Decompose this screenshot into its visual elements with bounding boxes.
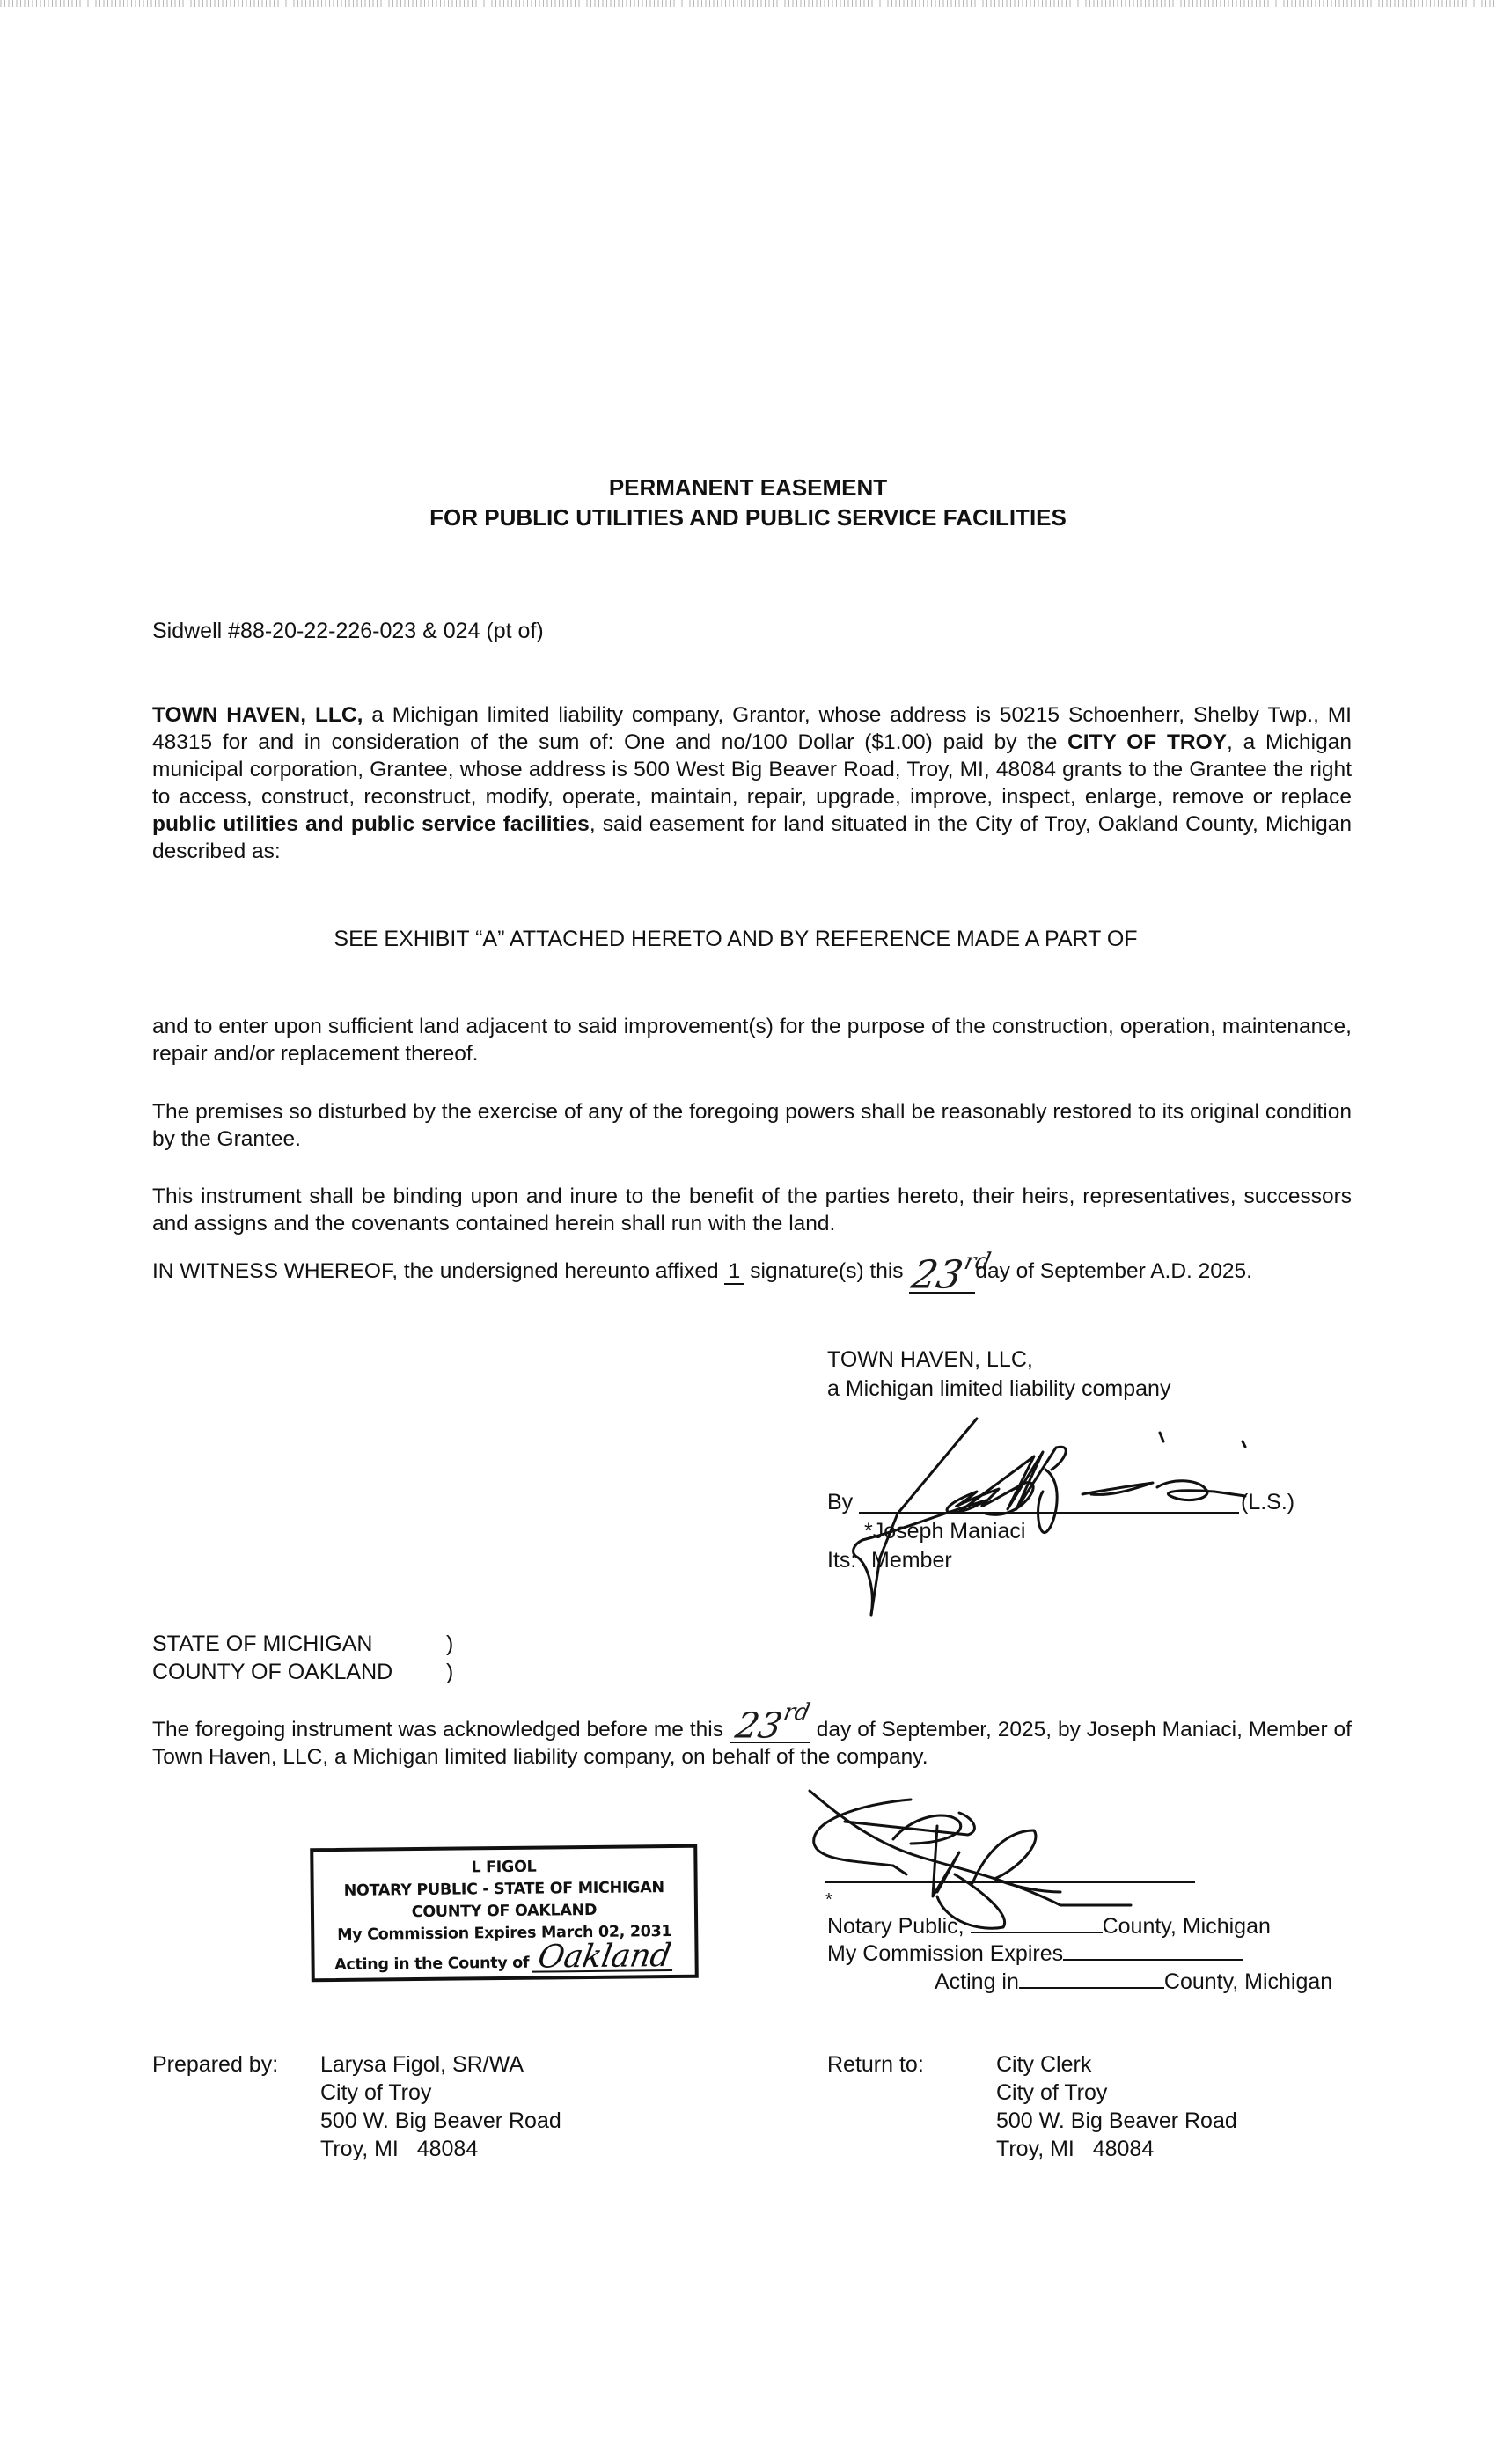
prepared-by-line: 500 W. Big Beaver Road [320,2107,561,2135]
witness-middle: signature(s) this [744,1259,909,1283]
grantor-company: TOWN HAVEN, LLC, [827,1346,1033,1374]
grantee-name: CITY OF TROY [1067,730,1227,754]
stamp-line-2: NOTARY PUBLIC - STATE OF MICHIGAN [314,1877,694,1903]
acting-county-label: County, Michigan [1164,1969,1332,1994]
ack-day-blank: 23rd [730,1719,810,1743]
prepared-by-label: Prepared by: [152,2050,278,2079]
acting-in-label: Acting in [935,1969,1019,1994]
binding-paragraph: This instrument shall be binding upon an… [152,1183,1352,1237]
venue-paren-2: ) [446,1658,453,1686]
notary-public-label: Notary Public, [827,1914,964,1939]
witness-clause: IN WITNESS WHEREOF, the undersigned here… [152,1250,1384,1294]
return-to-line: City of Troy [996,2079,1237,2107]
prepared-by-line: Troy, MI 48084 [320,2135,561,2163]
notary-stamp: L FIGOL NOTARY PUBLIC - STATE OF MICHIGA… [310,1844,699,1983]
venue-county: COUNTY OF OAKLAND [152,1658,392,1686]
witness-day-blank: 23rd [909,1265,975,1294]
scan-edge-artifact [0,0,1496,7]
signature-count-blank: 1 [724,1260,744,1285]
premises-paragraph: The premises so disturbed by the exercis… [152,1098,1352,1153]
grantor-name: TOWN HAVEN, LLC, [152,703,363,727]
return-to-label: Return to: [827,2050,924,2079]
grant-paragraph: TOWN HAVEN, LLC, a Michigan limited liab… [152,701,1352,865]
facilities-term: public utilities and public service faci… [152,812,590,836]
acknowledgment-paragraph: The foregoing instrument was acknowledge… [152,1716,1352,1771]
commission-label: My Commission Expires [827,1941,1063,1966]
prepared-by-line: City of Troy [320,2079,561,2107]
witness-prefix: IN WITNESS WHEREOF, the undersigned here… [152,1259,724,1283]
grantor-company-desc: a Michigan limited liability company [827,1375,1170,1403]
acting-in-line: Acting inCounty, Michigan [935,1969,1332,1996]
notary-signature-line [825,1881,1195,1883]
venue-paren-1: ) [446,1630,453,1658]
exhibit-reference: SEE EXHIBIT “A” ATTACHED HERETO AND BY R… [0,927,1484,952]
enter-paragraph: and to enter upon sufficient land adjace… [152,1013,1352,1067]
prepared-by-address: Larysa Figol, SR/WA City of Troy 500 W. … [320,2050,561,2163]
commission-line: My Commission Expires [827,1940,1243,1968]
ack-handwritten-day: 23rd [732,1706,810,1743]
witness-suffix: day of September A.D. 2025. [975,1259,1252,1283]
document-title: PERMANENT EASEMENT [0,473,1496,502]
return-to-line: City Clerk [996,2050,1237,2079]
return-to-line: Troy, MI 48084 [996,2135,1237,2163]
commission-blank [1063,1959,1243,1961]
notary-asterisk: * [825,1890,832,1910]
prepared-by-line: Larysa Figol, SR/WA [320,2050,561,2079]
stamp-handwritten-county: Oakland [532,1943,677,1973]
ack-prefix: The foregoing instrument was acknowledge… [152,1718,730,1742]
grantor-signature-scribble [845,1408,1285,1619]
return-to-address: City Clerk City of Troy 500 W. Big Beave… [996,2050,1237,2163]
notary-county-label: County, Michigan [1103,1914,1271,1939]
handwritten-day: 23rd [909,1256,993,1295]
stamp-line-5: Acting in the County of Oakland [314,1943,694,1977]
notary-county-blank [971,1932,1103,1933]
notary-public-line: Notary Public, County, Michigan [827,1913,1271,1940]
sidwell-number: Sidwell #88-20-22-226-023 & 024 (pt of) [152,619,544,644]
acting-county-blank [1019,1987,1164,1989]
venue-state: STATE OF MICHIGAN [152,1630,372,1658]
return-to-line: 500 W. Big Beaver Road [996,2107,1237,2135]
document-subtitle: FOR PUBLIC UTILITIES AND PUBLIC SERVICE … [0,502,1496,532]
